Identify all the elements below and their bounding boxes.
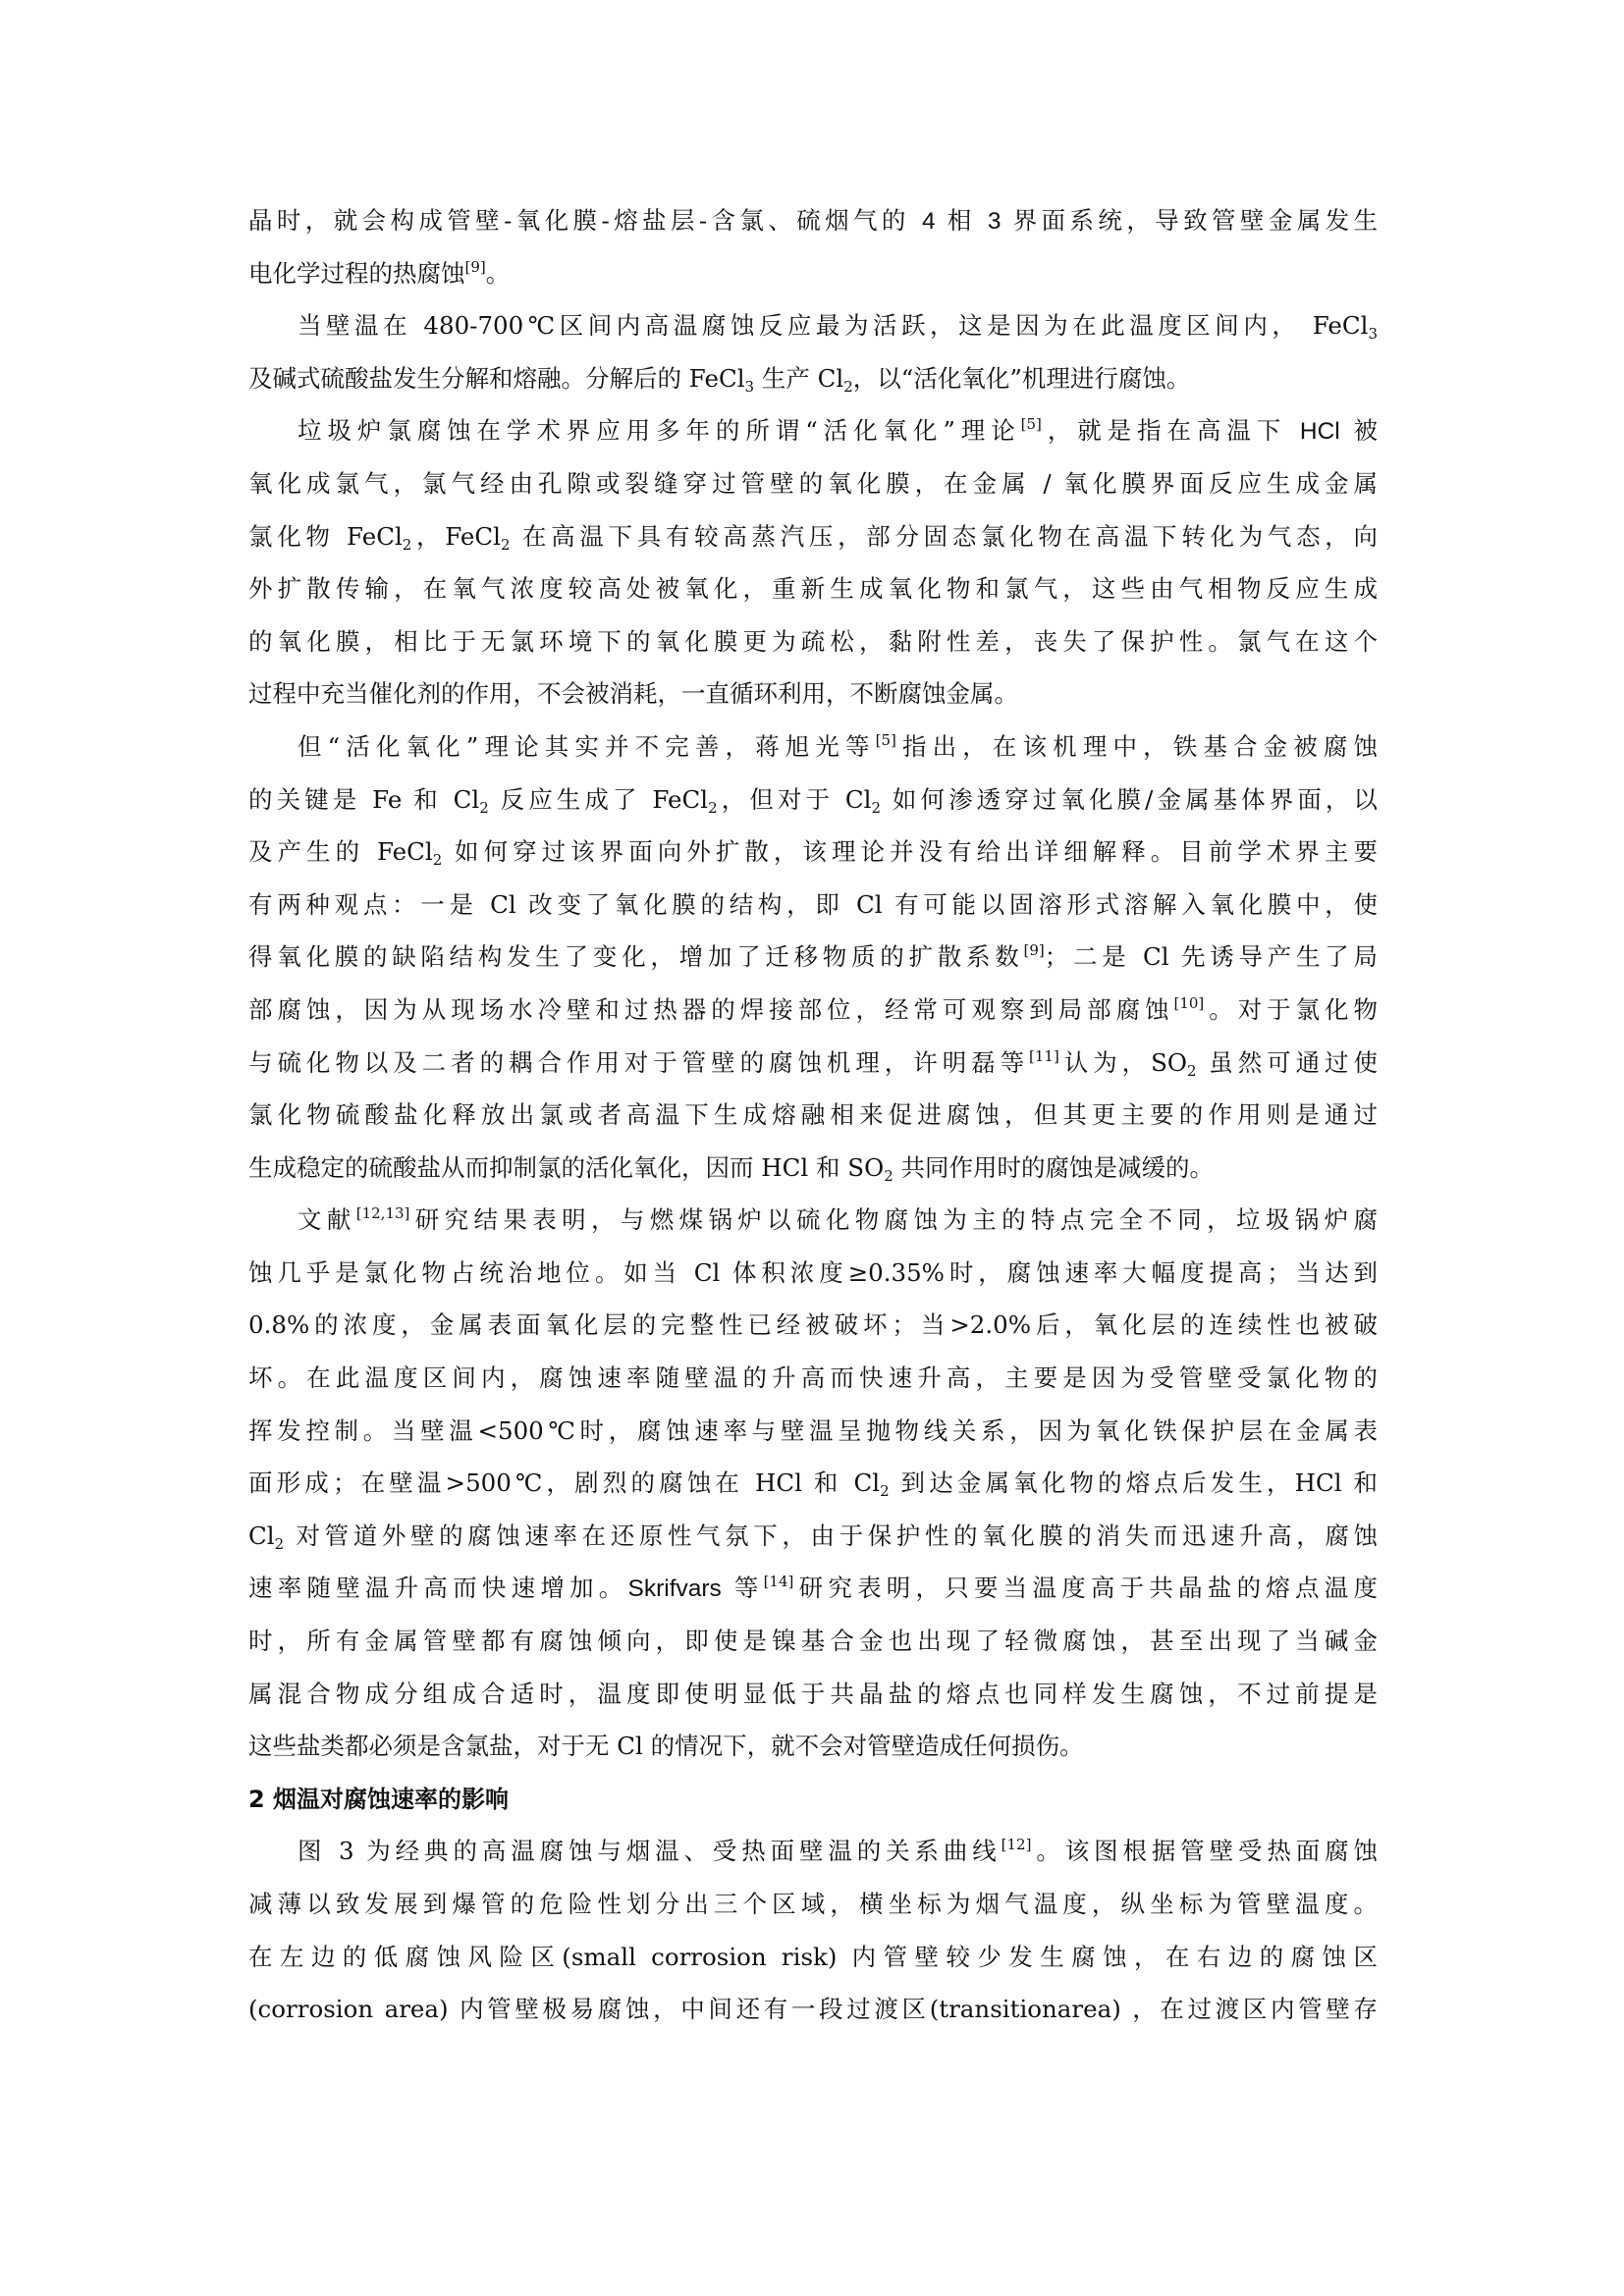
text-run: ，FeCl	[411, 522, 501, 551]
text-line: 减薄以致发展到爆管的危险性划分出三个区域，横坐标为烟气温度，纵坐标为管壁温度。	[248, 1887, 1378, 1940]
subscript: 2	[884, 1167, 893, 1185]
text-run: 。对于氯化物	[1204, 995, 1378, 1024]
citation-ref: [10]	[1173, 994, 1204, 1012]
text-line: 氯化物 FeCl2，FeCl2 在高温下具有较高蒸汽压，部分固态氯化物在高温下转…	[248, 519, 1378, 572]
text-run: 蚀几乎是氯化物占统治地位。如当 Cl 体积浓度≥0.35%时，腐蚀速率大幅度提高…	[248, 1258, 1378, 1287]
text-run: 氧化成氯气，氯气经由孔隙或裂缝穿过管壁的氧化膜，在金属 / 氧化膜界面反应生成金…	[248, 469, 1378, 498]
text-run: 文献	[298, 1205, 356, 1234]
text-line: 有两种观点：一是 Cl 改变了氧化膜的结构，即 Cl 有可能以固溶形式溶解入氧化…	[248, 887, 1378, 940]
text-run: 界面系统，导致管壁金属发生	[1001, 206, 1378, 235]
text-run: 这些盐类都必须是含氯盐，对于无 Cl 的情况下，就不会对管壁造成任何损伤。	[248, 1732, 1084, 1760]
text-run: 但“活化氧化”理论其实并不完善，蒋旭光等	[298, 732, 876, 761]
text-run: 认为，SO	[1059, 1048, 1187, 1077]
text-line: 属混合物成分组成合适时，温度即使明显低于共晶盐的熔点也同样发生腐蚀，不过前提是	[248, 1677, 1378, 1730]
text-line: 及碱式硫酸盐发生分解和熔融。分解后的 FeCl3 生产 Cl2，以“活化氧化”机…	[248, 361, 1378, 414]
text-line: 0.8%的浓度，金属表面氧化层的完整性已经被破坏；当>2.0%后，氧化层的连续性…	[248, 1308, 1378, 1361]
text-line: 氧化成氯气，氯气经由孔隙或裂缝穿过管壁的氧化膜，在金属 / 氧化膜界面反应生成金…	[248, 466, 1378, 519]
text-run: Cl	[248, 1522, 275, 1550]
text-run: 的氧化膜，相比于无氯环境下的氧化膜更为疏松，黏附性差，丧失了保护性。氯气在这个	[248, 627, 1378, 656]
text-run: ，就是指在高温下	[1042, 416, 1300, 445]
subscript: 3	[745, 378, 755, 396]
subscript: 2	[501, 536, 511, 554]
text-line: 时，所有金属管壁都有腐蚀倾向，即使是镍基合金也出现了轻微腐蚀，甚至出现了当碱金	[248, 1624, 1378, 1677]
citation-ref: [12,13]	[356, 1204, 410, 1222]
text-run: 被	[1340, 416, 1378, 445]
text-line: 电化学过程的热腐蚀[9]。	[248, 256, 1378, 309]
text-line: 文献[12,13]研究结果表明，与燃煤锅炉以硫化物腐蚀为主的特点完全不同，垃圾锅…	[248, 1202, 1378, 1255]
text-line: 部腐蚀，因为从现场水冷壁和过热器的焊接部位，经常可观察到局部腐蚀[10]。对于氯…	[248, 992, 1378, 1045]
text-run: 部腐蚀，因为从现场水冷壁和过热器的焊接部位，经常可观察到局部腐蚀	[248, 995, 1173, 1024]
text-run: (corrosion area) 内管壁极易腐蚀，中间还有一段过渡区(trans…	[248, 1995, 1378, 2023]
text-line: 外扩散传输，在氧气浓度较高处被氧化，重新生成氧化物和氯气，这些由气相物反应生成	[248, 571, 1378, 624]
text-run: 面形成；在壁温>500℃，剧烈的腐蚀在 HCl 和 Cl	[248, 1468, 880, 1497]
text-run: 相	[936, 206, 988, 235]
text-line: 速率随壁温升高而快速增加。Skrifvars 等[14]研究表明，只要当温度高于…	[248, 1571, 1378, 1624]
text-run: 共同作用时的腐蚀是减缓的。	[893, 1153, 1214, 1182]
text-run: Skrifvars	[628, 1575, 722, 1602]
text-run: ；二是 Cl 先诱导产生了局	[1045, 942, 1378, 971]
text-line: 得氧化膜的缺陷结构发生了变化，增加了迁移物质的扩散系数[9]；二是 Cl 先诱导…	[248, 939, 1378, 992]
subscript: 2	[403, 536, 412, 554]
text-run: 4	[922, 208, 936, 235]
text-line: 坏。在此温度区间内，腐蚀速率随壁温的升高而快速升高，主要是因为受管壁受氯化物的	[248, 1361, 1378, 1414]
text-run: 0.8%的浓度，金属表面氧化层的完整性已经被破坏；当>2.0%后，氧化层的连续性…	[248, 1310, 1378, 1339]
text-run: 如何穿过该界面向外扩散，该理论并没有给出详细解释。目前学术界主要	[442, 837, 1378, 866]
text-line: 这些盐类都必须是含氯盐，对于无 Cl 的情况下，就不会对管壁造成任何损伤。	[248, 1729, 1378, 1782]
document-page: 晶时，就会构成管壁-氧化膜-熔盐层-含氯、硫烟气的 4 相 3 界面系统，导致管…	[248, 203, 1378, 2045]
text-run: 有两种观点：一是 Cl 改变了氧化膜的结构，即 Cl 有可能以固溶形式溶解入氧化…	[248, 890, 1378, 919]
text-line: 与硫化物以及二者的耦合作用对于管壁的腐蚀机理，许明磊等[11]认为，SO2 虽然…	[248, 1045, 1378, 1098]
citation-ref: [12]	[1001, 1836, 1032, 1853]
text-run: 图 3 为经典的高温腐蚀与烟温、受热面壁温的关系曲线	[298, 1837, 1001, 1865]
text-run: 3	[988, 208, 1001, 235]
subscript: 2	[1187, 1062, 1197, 1080]
text-line: 面形成；在壁温>500℃，剧烈的腐蚀在 HCl 和 Cl2 到达金属氧化物的熔点…	[248, 1466, 1378, 1519]
text-run: ，但对于 Cl	[718, 785, 872, 814]
text-run: 属混合物成分组成合适时，温度即使明显低于共晶盐的熔点也同样发生腐蚀，不过前提是	[248, 1680, 1378, 1708]
text-line: 当壁温在 480-700℃区间内高温腐蚀反应最为活跃，这是因为在此温度区间内， …	[248, 308, 1378, 361]
subscript: 2	[872, 799, 882, 817]
text-line: 蚀几乎是氯化物占统治地位。如当 Cl 体积浓度≥0.35%时，腐蚀速率大幅度提高…	[248, 1255, 1378, 1308]
text-run: 指出，在该机理中，铁基合金被腐蚀	[896, 732, 1378, 761]
citation-ref: [5]	[876, 731, 896, 749]
text-run: 挥发控制。当壁温<500℃时，腐蚀速率与壁温呈抛物线关系，因为氧化铁保护层在金属…	[248, 1416, 1378, 1445]
text-line: 垃圾炉氯腐蚀在学术界应用多年的所谓“活化氧化”理论[5]，就是指在高温下 HCl…	[248, 413, 1378, 466]
text-run: ，以“活化氧化”机理进行腐蚀。	[853, 364, 1191, 393]
citation-ref: [5]	[1021, 415, 1042, 433]
text-run: 外扩散传输，在氧气浓度较高处被氧化，重新生成氧化物和氯气，这些由气相物反应生成	[248, 574, 1378, 603]
text-run: 当壁温在 480-700℃区间内高温腐蚀反应最为活跃，这是因为在此温度区间内， …	[298, 311, 1368, 340]
subscript: 2	[843, 378, 853, 396]
citation-ref: [9]	[1023, 941, 1044, 959]
text-run: 反应生成了 FeCl	[489, 785, 708, 814]
citation-ref: [14]	[764, 1573, 794, 1590]
text-run: 对管道外壁的腐蚀速率在还原性气氛下，由于保护性的氧化膜的消失而迅速升高，腐蚀	[284, 1522, 1378, 1550]
text-run: 速率随壁温升高而快速增加。	[248, 1574, 628, 1602]
text-run: 及产生的 FeCl	[248, 837, 433, 866]
section-heading: 2 烟温对腐蚀速率的影响	[248, 1782, 1378, 1835]
subscript: 2	[479, 799, 489, 817]
text-line: 生成稳定的硫酸盐从而抑制氯的活化氧化，因而 HCl 和 SO2 共同作用时的腐蚀…	[248, 1150, 1378, 1203]
text-run: 电化学过程的热腐蚀	[248, 259, 465, 288]
text-line: 的氧化膜，相比于无氯环境下的氧化膜更为疏松，黏附性差，丧失了保护性。氯气在这个	[248, 624, 1378, 677]
text-run: 在高温下具有较高蒸汽压，部分固态氯化物在高温下转化为气态，向	[511, 522, 1378, 551]
text-run: 及碱式硫酸盐发生分解和熔融。分解后的 FeCl	[248, 364, 745, 393]
text-run: 虽然可通过使	[1197, 1048, 1378, 1077]
text-run: HCl	[1300, 418, 1340, 445]
text-line: 过程中充当催化剂的作用，不会被消耗，一直循环利用，不断腐蚀金属。	[248, 676, 1378, 729]
subscript: 2	[433, 851, 443, 869]
text-run: 得氧化膜的缺陷结构发生了变化，增加了迁移物质的扩散系数	[248, 942, 1023, 971]
text-run: 生成稳定的硫酸盐从而抑制氯的活化氧化，因而 HCl 和 SO	[248, 1153, 884, 1182]
text-line: 但“活化氧化”理论其实并不完善，蒋旭光等[5]指出，在该机理中，铁基合金被腐蚀	[248, 729, 1378, 782]
text-run: 氯化物硫酸盐化释放出氯或者高温下生成熔融相来促进腐蚀，但其更主要的作用则是通过	[248, 1100, 1378, 1129]
subscript: 3	[1368, 325, 1378, 343]
text-run: 生产 Cl	[754, 364, 843, 393]
text-run: 研究表明，只要当温度高于共晶盐的熔点温度	[793, 1574, 1378, 1602]
citation-ref: [9]	[465, 258, 486, 276]
text-line: 图 3 为经典的高温腐蚀与烟温、受热面壁温的关系曲线[12]。该图根据管壁受热面…	[248, 1834, 1378, 1887]
text-line: 晶时，就会构成管壁-氧化膜-熔盐层-含氯、硫烟气的 4 相 3 界面系统，导致管…	[248, 203, 1378, 256]
text-run: 过程中充当催化剂的作用，不会被消耗，一直循环利用，不断腐蚀金属。	[248, 679, 1018, 708]
text-run: 晶时，就会构成管壁-氧化膜-熔盐层-含氯、硫烟气的	[248, 206, 922, 235]
text-run: 到达金属氧化物的熔点后发生，HCl 和	[890, 1468, 1378, 1497]
text-run: 坏。在此温度区间内，腐蚀速率随壁温的升高而快速升高，主要是因为受管壁受氯化物的	[248, 1363, 1378, 1392]
text-run: 垃圾炉氯腐蚀在学术界应用多年的所谓“活化氧化”理论	[298, 416, 1021, 445]
text-run: 的关键是 Fe 和 Cl	[248, 785, 479, 814]
subscript: 2	[275, 1535, 285, 1553]
text-run: 在左边的低腐蚀风险区(small corrosion risk) 内管壁较少发生…	[248, 1943, 1378, 1971]
text-run: 如何渗透穿过氧化膜/金属基体界面，以	[881, 785, 1378, 814]
text-run: 时，所有金属管壁都有腐蚀倾向，即使是镍基合金也出现了轻微腐蚀，甚至出现了当碱金	[248, 1627, 1378, 1655]
text-line: 氯化物硫酸盐化释放出氯或者高温下生成熔融相来促进腐蚀，但其更主要的作用则是通过	[248, 1097, 1378, 1150]
text-run: 等	[722, 1574, 764, 1602]
subscript: 2	[880, 1482, 890, 1500]
text-run: 。该图根据管壁受热面腐蚀	[1031, 1837, 1378, 1865]
text-line: 的关键是 Fe 和 Cl2 反应生成了 FeCl2，但对于 Cl2 如何渗透穿过…	[248, 782, 1378, 835]
text-line: 在左边的低腐蚀风险区(small corrosion risk) 内管壁较少发生…	[248, 1940, 1378, 1993]
text-run: 氯化物 FeCl	[248, 522, 403, 551]
text-run: 。	[486, 259, 511, 288]
text-run: 2 烟温对腐蚀速率的影响	[248, 1786, 509, 1813]
text-run: 减薄以致发展到爆管的危险性划分出三个区域，横坐标为烟气温度，纵坐标为管壁温度。	[248, 1890, 1378, 1918]
subscript: 2	[708, 799, 718, 817]
citation-ref: [11]	[1029, 1047, 1059, 1065]
text-line: 挥发控制。当壁温<500℃时，腐蚀速率与壁温呈抛物线关系，因为氧化铁保护层在金属…	[248, 1414, 1378, 1467]
text-line: (corrosion area) 内管壁极易腐蚀，中间还有一段过渡区(trans…	[248, 1992, 1378, 2045]
text-line: Cl2 对管道外壁的腐蚀速率在还原性气氛下，由于保护性的氧化膜的消失而迅速升高，…	[248, 1519, 1378, 1572]
text-line: 及产生的 FeCl2 如何穿过该界面向外扩散，该理论并没有给出详细解释。目前学术…	[248, 834, 1378, 887]
text-run: 研究结果表明，与燃煤锅炉以硫化物腐蚀为主的特点完全不同，垃圾锅炉腐	[409, 1205, 1378, 1234]
text-run: 与硫化物以及二者的耦合作用对于管壁的腐蚀机理，许明磊等	[248, 1048, 1029, 1077]
